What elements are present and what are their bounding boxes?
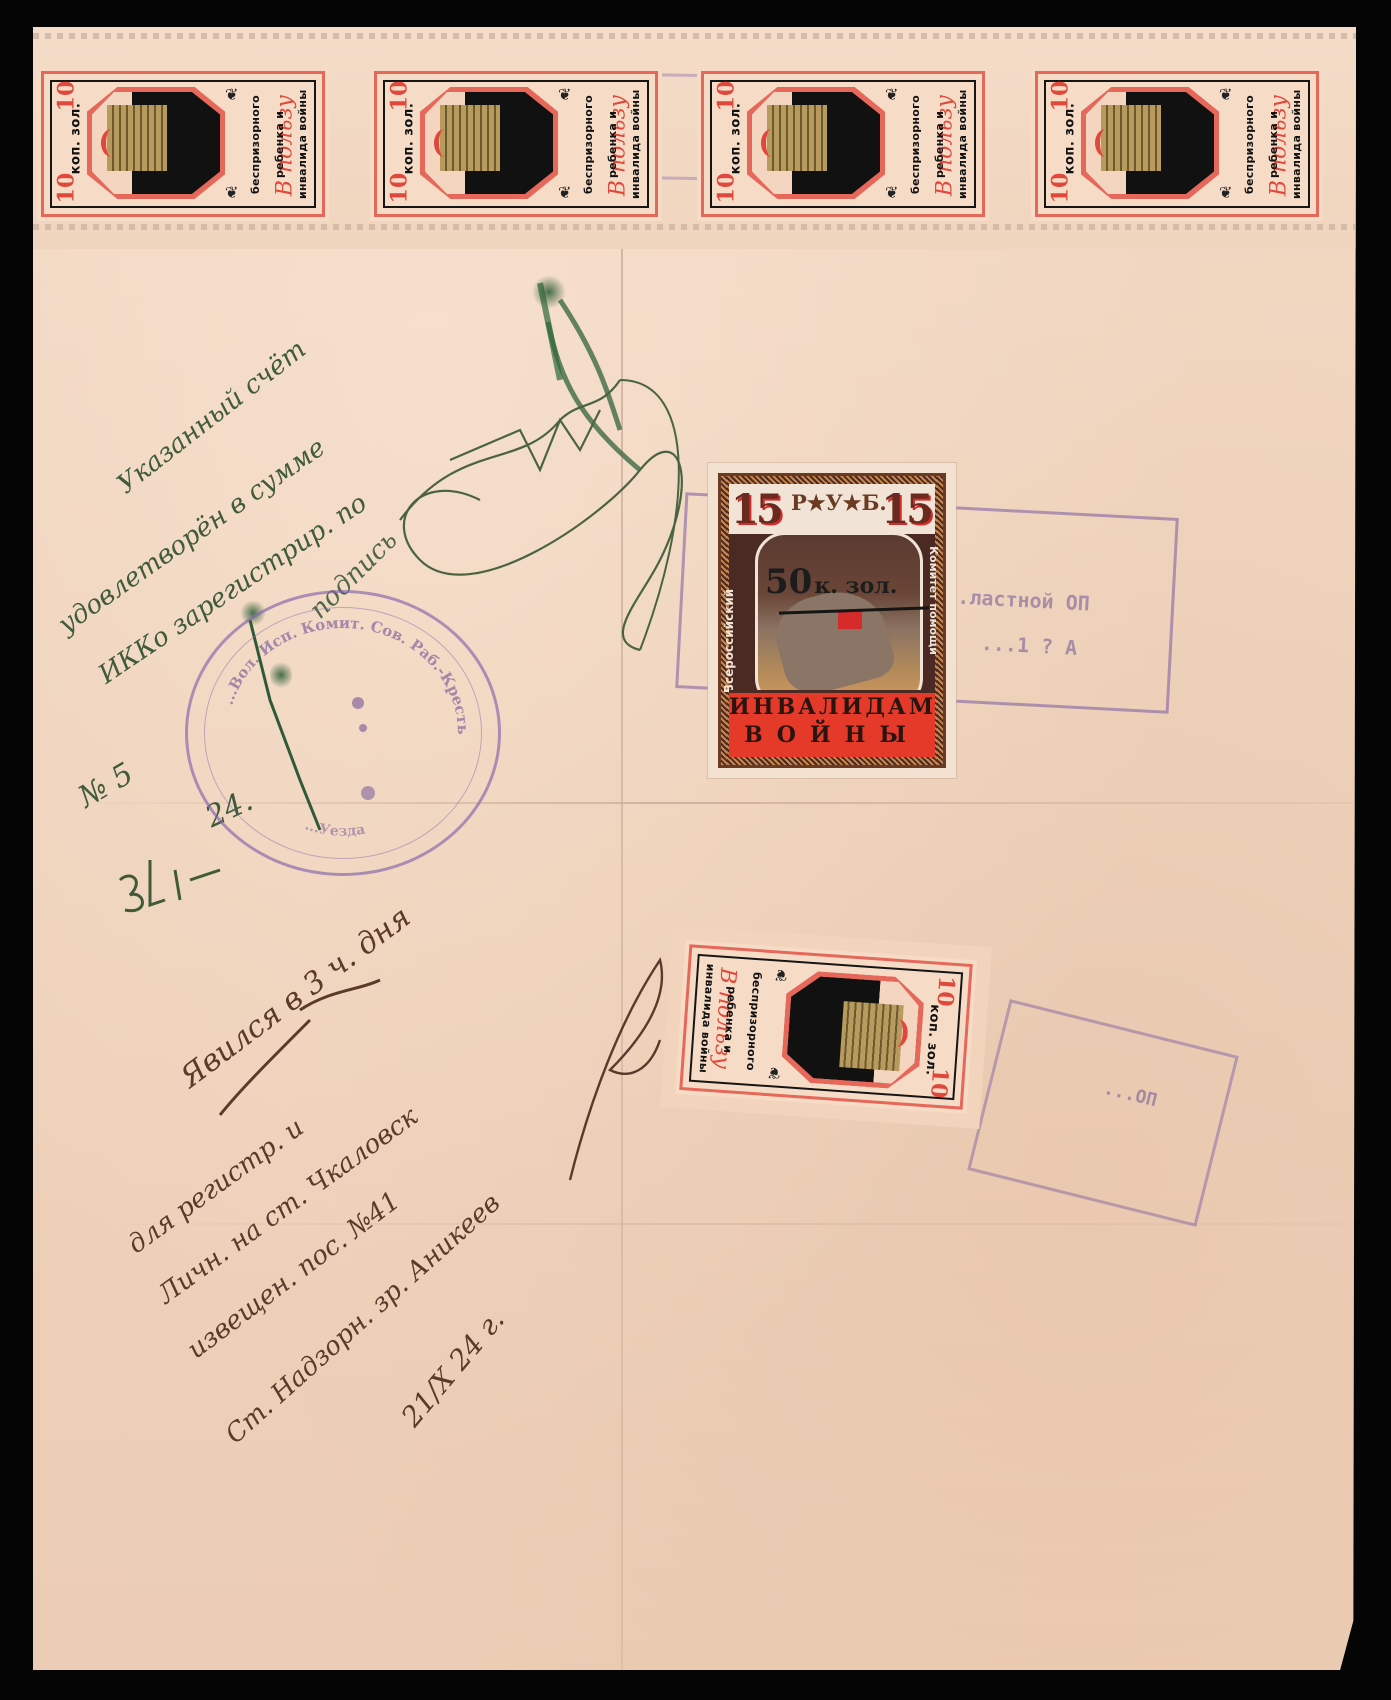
round-purple-seal: ...Вол. Исп. Комит. Сов. Раб.-Кресть. и … [185, 590, 501, 876]
main-stamp-bottom-line2: ВОЙНЫ [729, 721, 935, 749]
svg-text:...Вол. Исп. Комит. Сов. Раб.-: ...Вол. Исп. Комит. Сов. Раб.-Кресть. и … [188, 593, 472, 735]
main-stamp-frame: 15 Р★У★Б. 15 Всероссийский Комитет помощ… [718, 473, 946, 768]
sprig-icon: ❦ [773, 965, 788, 985]
main-stamp-side-right: Комитет помощи [927, 546, 940, 655]
stamp-text-lines: беспризорного ребенка и инвалида войны [696, 953, 765, 1087]
main-stamp-top-band: 15 Р★У★Б. 15 [729, 484, 935, 534]
main-stamp-15-rub: 15 Р★У★Б. 15 Всероссийский Комитет помощ… [708, 463, 956, 778]
main-stamp-bottom-band: ИНВАЛИДАМ ВОЙНЫ [729, 690, 935, 757]
charity-stamp-10-kop-lower: 10 10 коп. зол. ❦ ❦ В пользу беспризорно… [675, 940, 977, 1114]
seal-text-ring: ...Вол. Исп. Комит. Сов. Раб.-Кресть. и … [188, 593, 498, 873]
main-stamp-inner: 15 Р★У★Б. 15 Всероссийский Комитет помощ… [729, 484, 935, 757]
seal-text-bottom: ...Уезда [303, 817, 366, 839]
surcharge-unit: к. зол. [814, 573, 897, 599]
seal-text-top: ...Вол. Исп. Комит. Сов. Раб.-Кресть. и … [188, 593, 472, 735]
main-stamp-bottom-line1: ИНВАЛИДАМ [729, 693, 935, 721]
sprig-icon: ❦ [767, 1063, 782, 1083]
cachet-main-line-3: ...1 ? А [980, 631, 1077, 660]
ink-blot [532, 275, 566, 309]
red-ribbon [838, 611, 862, 629]
cachet-main-line-2: ...ластной ОП [933, 583, 1091, 615]
cachet-lower-line-1: ...ОП [1102, 1078, 1160, 1111]
main-stamp-vignette [755, 532, 923, 708]
surcharge-overprint: 50к. зол. [765, 562, 897, 602]
svg-text:...Уезда: ...Уезда [303, 817, 366, 839]
surcharge-value: 50 [765, 562, 812, 602]
main-stamp-value-right: 15 [881, 486, 931, 533]
stamp-line-2: ребенка и [719, 955, 741, 1086]
main-stamp-value-left: 15 [731, 486, 781, 533]
main-stamp-currency: Р★У★Б. [791, 490, 877, 515]
main-stamp-side-left: Всероссийский [722, 589, 736, 693]
